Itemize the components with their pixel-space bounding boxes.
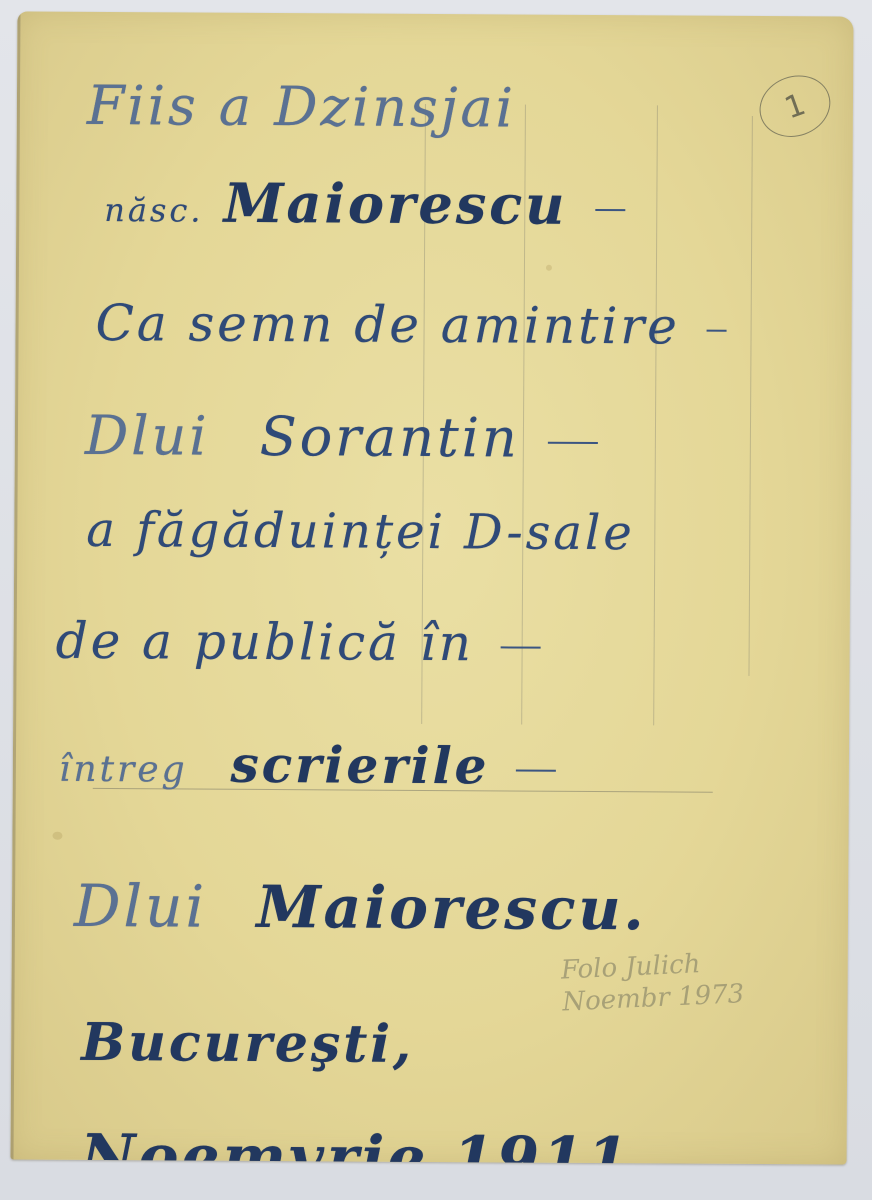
pencil-annotation: Folo Julich Noembr 1973 [560,946,745,1018]
handwritten-line-6: de a publică în [55,612,541,673]
line-text: Maiorescu [224,171,568,237]
line-text: Ca semn de amintire [95,294,680,356]
page-number: 1 [780,87,810,126]
handwritten-card: 1 Fiis a Dzinsjai născ. Maiorescu Ca sem… [11,11,854,1164]
line-prefix: Dlui [74,872,207,941]
line-text: Bucureşti, [81,1012,414,1075]
line-trail [501,646,541,648]
handwritten-line-4: Dlui Sorantin [85,404,598,470]
line-trail [707,330,727,332]
line-prefix: născ. [104,191,203,230]
line-text: de a publică în [55,612,474,673]
handwritten-line-5: a făgăduinței D-sale [86,502,635,561]
line-trail [596,209,626,211]
line-text: a făgăduinței D-sale [86,502,635,561]
handwritten-line-10: Noemvrie 1911 [80,1122,631,1165]
line-text: Noemvrie 1911 [80,1122,631,1165]
line-text: Maiorescu. [256,873,647,943]
handwritten-line-7: întreg scrierile [59,734,557,796]
line-trail [516,770,556,772]
foxing-stain [52,832,62,840]
handwritten-line-2: născ. Maiorescu [104,170,626,237]
line-prefix: Dlui [85,404,210,468]
handwritten-line-9: Bucureşti, [81,1012,414,1075]
ink-spot [546,265,552,271]
line-text: scrierile [230,735,489,796]
line-text: Sorantin [260,405,520,470]
line-prefix: întreg [59,749,188,791]
line-trail [548,442,598,444]
page-number-circle: 1 [751,66,839,147]
handwritten-line-3: Ca semn de amintire [95,294,726,356]
vertical-rule [653,105,658,725]
handwritten-line-8: Dlui Maiorescu. [74,872,647,943]
vertical-rule [748,116,752,676]
line-text: Fiis a Dzinsjai [87,74,516,140]
handwritten-line-1: Fiis a Dzinsjai [87,74,516,140]
